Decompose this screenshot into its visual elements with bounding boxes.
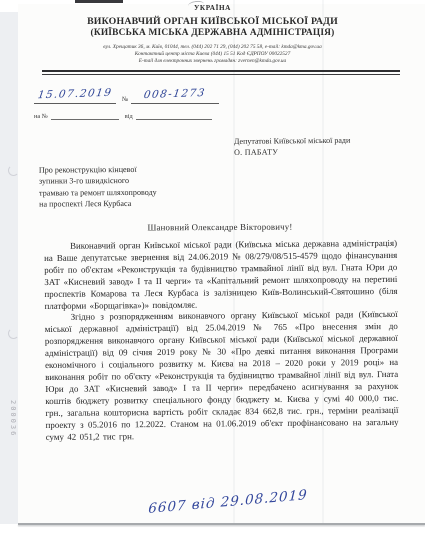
subject-line: на проспекті Леся Курбаса <box>39 198 209 211</box>
handwritten-date: 15.07.2019 <box>37 87 113 102</box>
letterhead-contacts: вул. Хрещатик 36, м. Київ, 01044, тел. (… <box>0 44 425 65</box>
reply-date-blank <box>136 113 212 120</box>
body-paragraph-1: Виконавчий орган Київської міської ради … <box>44 238 398 313</box>
letterhead-org-name: ВИКОНАВЧИЙ ОРГАН КИЇВСЬКОЇ МІСЬКОЇ РАДИ <box>0 16 425 27</box>
page-bottom-edge <box>18 523 425 525</box>
letterhead-address-line: вул. Хрещатик 36, м. Київ, 01044, тел. (… <box>0 44 425 51</box>
scanner-edge-strip <box>0 12 18 524</box>
salutation: Шановний Олександре Вікторовичу! <box>44 221 396 233</box>
letterhead-divider-rule <box>42 70 400 75</box>
letterhead-email-line: E-mail для електронних звернень громадян… <box>0 58 425 65</box>
outgoing-reference-line: 15.07.2019 № 008-1273 <box>34 84 224 104</box>
letter-body: Виконавчий орган Київської міської ради … <box>44 238 399 443</box>
reply-date-label: від <box>125 113 133 120</box>
body-paragraph-2: Згідно з розпорядженням виконавчого орга… <box>45 309 399 443</box>
recipient-block: Депутатові Київської міської ради О. ПАБ… <box>234 135 406 158</box>
handwritten-number: 008-1273 <box>143 87 207 101</box>
scan-artifact-ring <box>8 328 19 339</box>
number-sign-label: № <box>122 96 128 103</box>
recipient-name: О. ПАБАТУ <box>234 146 406 158</box>
scan-artifact-top-bar <box>75 0 123 3</box>
subject-block: Про реконструкцію кінцевої зупинки 3-го … <box>39 163 209 210</box>
letterhead: УКРАЇНА ВИКОНАВЧИЙ ОРГАН КИЇВСЬКОЇ МІСЬК… <box>0 4 425 65</box>
scan-artifact-ring <box>8 165 19 176</box>
margin-page-number: 200036 <box>1 400 17 437</box>
incoming-reference-line: на № від <box>34 113 224 120</box>
reply-number-label: на № <box>34 113 48 120</box>
scanned-letter: УКРАЇНА ВИКОНАВЧИЙ ОРГАН КИЇВСЬКОЇ МІСЬК… <box>0 0 425 535</box>
letterhead-contact-center-line: Контактний центр міста Києва (044) 15 51… <box>0 51 425 58</box>
letterhead-org-name-2: (КИЇВСЬКА МІСЬКА ДЕРЖАВНА АДМІНІСТРАЦІЯ) <box>0 28 425 38</box>
reply-number-blank <box>51 113 119 120</box>
letterhead-country: УКРАЇНА <box>0 4 425 12</box>
outgoing-date-field: 15.07.2019 <box>34 84 116 104</box>
outgoing-number-field: 008-1273 <box>131 84 219 104</box>
reference-block: 15.07.2019 № 008-1273 на № від <box>34 84 224 120</box>
